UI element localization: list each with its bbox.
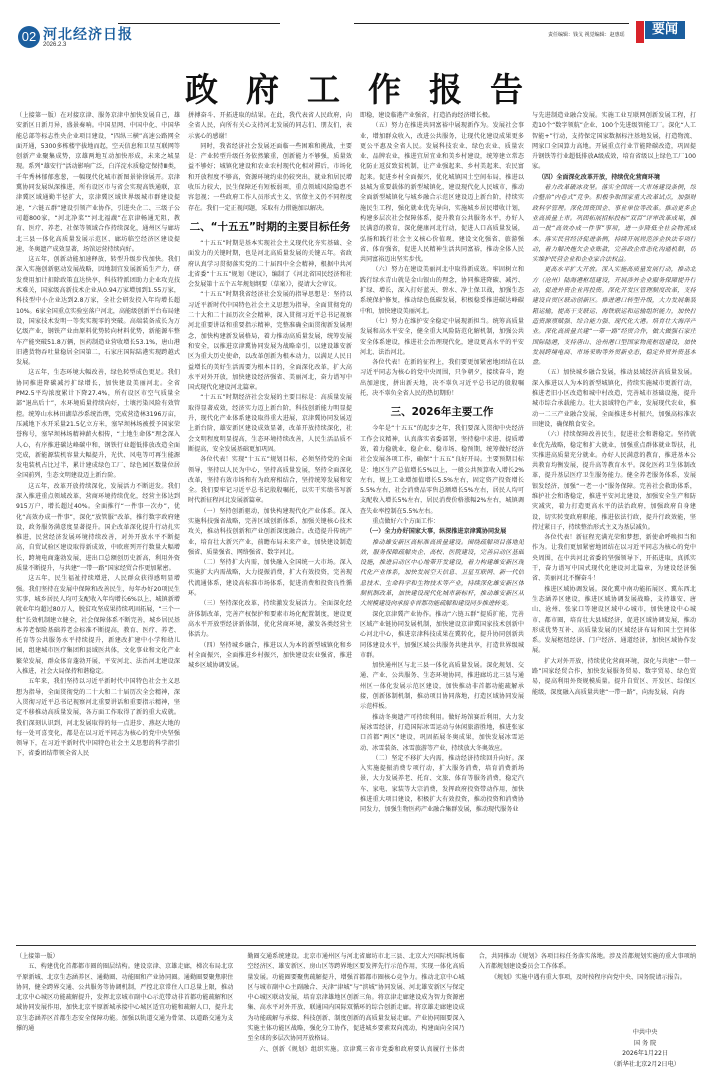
paragraph: 这五年，创新动能加速释放，转型升级步伐加快。我们深入实施创新驱动发展战略，因地制… xyxy=(16,255,180,368)
paragraph: 这五年，生态环境大幅改善，绿色转型成色更足。我们协同推进降碳减污扩绿增长，加快建… xyxy=(16,368,180,481)
page-number-badge: 02 xyxy=(18,26,40,48)
paragraph: （一）坚持创新驱动，加快构建现代化产业体系。深入实施科技强省战略，完善区域创新体… xyxy=(188,507,352,558)
signature-block: 中共中央 国 务 院 2026年1月22日 （新华社北京2月2日电） xyxy=(610,1028,680,1070)
paragraph: （六）持续保障改善民生，促进社会和谐稳定。坚持就业优先战略，稳定和扩大就业，加强… xyxy=(532,430,696,533)
paragraph: （二）坚定不移扩大内需，推动经济持续回升向好。深入实施提振消费专项行动，扩大服务… xyxy=(360,754,524,816)
paragraph: 五年来，我们坚持以习近平新时代中国特色社会主义思想为指导，全面贯彻党的二十大和二… xyxy=(16,677,180,759)
paragraph: （四）坚持城乡融合，推进以人为本的新型城镇化和乡村全面振兴，全面推进乡村振兴，加… xyxy=(188,641,352,672)
newspaper-logo: 河北经济日报 xyxy=(43,24,133,44)
section-heading: 三、2026年主要工作 xyxy=(360,405,524,420)
column-4: 与先进制造业融合发展。实施工业互联网创新发展工程，打造10个“数字领航”企业、1… xyxy=(532,111,696,939)
section-divider xyxy=(16,945,696,946)
signatory-2: 国 务 院 xyxy=(610,1039,680,1050)
paragraph: （五）加快城乡融合发展，推动县域经济高质量发展。深入推进以人为本的新型城镇化，持… xyxy=(532,368,696,430)
paragraph: （五）努力在推进共同富裕中展现新作为。发展社会事业，增加群众收入，改进公共服务，… xyxy=(360,121,524,265)
paragraph: （上接第一版） xyxy=(16,952,233,962)
paragraph: 推进区域协调发展。深化冀中南功能拓展区、冀东西北生态涵养区建设，推进区域协调发展… xyxy=(532,585,696,657)
editors-credit: 责任编辑：钱戈 视觉编辑：赵惠瑶 xyxy=(548,31,625,38)
continuation-column-left: （上接第一版）五、构建优化首都都市圈的圈层结构。建设京津、京雄走廊，梯次布局北京… xyxy=(16,952,233,1052)
paragraph: “十五五”时期是基本实现社会主义现代化夯实基础、全面发力的关键时期，也是河北高质… xyxy=(188,239,352,290)
paragraph: 勤圈交通系统建设。北京市通州区与河北省廊坊市北三县、北京大兴国际机场临空经济区、… xyxy=(247,952,464,1045)
paragraph: 重点做好六个方面工作： xyxy=(360,517,524,527)
paragraph: 着力改革破冰攻坚。落实全国统一大市场建设条例，综合整治“内卷式”竞争。积极争取国… xyxy=(532,183,696,265)
masthead-rule-right xyxy=(354,23,629,24)
paragraph: 《规划》实施中遇有重大事项，及时按程序向党中央、国务院请示报告。 xyxy=(479,973,696,983)
sub-heading: （四）全面深化改革开放，持续优化营商环境 xyxy=(532,173,696,183)
paragraph: 这五年，改革开放持续深化，发展活力不断迸发。我们深入推进重点领域改革，营商环境持… xyxy=(16,482,180,575)
issue-date: 2026.2.3 xyxy=(43,42,66,48)
paragraph: 各位代表！新征程充满光荣和梦想，新使命呼唤担当和作为。让我们更加紧密地团结在以习… xyxy=(532,533,696,584)
paragraph: （上接第一版）在对接京津、服务京津中加快发展自己，雄安新区日新月异，盛景奏响。中… xyxy=(16,111,180,255)
paragraph: 加快通州区与北三县一体化高质量发展。深化规划、交通、产业、公共服务、生态环境协同… xyxy=(360,661,524,712)
signature-date: 2026年1月22日 xyxy=(610,1049,680,1060)
article-body-four-column: （上接第一版）在对接京津、服务京津中加快发展自己，雄安新区日新月异，盛景奏响。中… xyxy=(16,111,696,939)
bookmark-flag-icon xyxy=(636,21,644,43)
paragraph: 更高水平扩大开放。深入实施高质量发展行动，推动北方（沧州）陆海港枢纽建设，开展涉… xyxy=(532,265,696,368)
section-heading: 二、“十五五”时期的主要目标任务 xyxy=(188,220,352,235)
paragraph: 今年是“十五五”的起步之年，我们要深入贯彻中央经济工作会议精神，认真落实省委部署… xyxy=(360,424,524,517)
column-3: 即稳，建设临港产业强省，打造沿海经济增长极。（五）努力在推进共同富裕中展现新作为… xyxy=(360,111,524,939)
signatory-1: 中共中央 xyxy=(610,1028,680,1039)
paragraph: （七）努力在维护安全稳定中展现新担当。统筹高质量发展和高水平安全，健全重大风险防… xyxy=(360,317,524,358)
paragraph: 合，共同推动《规划》各项目标任务落实落地。涉及首都规划实施的重大事项纳入首都规划… xyxy=(479,952,696,973)
continuation-section: （上接第一版）五、构建优化首都都市圈的圈层结构。建设京津、京雄走廊，梯次布局北京… xyxy=(16,952,696,1052)
paragraph: 各位代表！实现“十五五”规划目标，必须坚持党的全面领导，坚持以人民为中心，坚持高… xyxy=(188,455,352,506)
paragraph: 深化京津冀产业协作。推动“六链五群”提质扩能，完善区域产业链协同发展机制，加快建… xyxy=(360,610,524,661)
paragraph: （二）坚持扩大内需，加快融入全国统一大市场。深入实施扩大内需战略，大力提振消费，… xyxy=(188,558,352,599)
section-tag: 要闻 xyxy=(645,21,685,39)
continuation-column-middle: 勤圈交通系统建设。北京市通州区与河北省廊坊市北三县、北京大兴国际机场临空经济区、… xyxy=(247,952,464,1052)
paragraph: 拼搏奋斗、开拓进取的结果。在此，我代表省人民政府，向全省人民，向所有关心支持河北… xyxy=(188,111,352,142)
masthead-rule-left xyxy=(118,23,280,24)
paragraph: 扩大对外开放，持续优化营商环境，深化与共建“一带一路”国家经贸合作，加快发展服务… xyxy=(532,657,696,698)
paragraph: “十五五”时期我省经济社会发展的指导思想是：坚持以习近平新时代中国特色社会主义思… xyxy=(188,290,352,393)
paragraph: 各位代表！在新的征程上，我们要更加紧密地团结在以习近平同志为核心的党中央周围，只… xyxy=(360,358,524,399)
paragraph: （三）坚持深化改革，持续激发发展活力。全面深化经济体制改革，完善产权保护和要素市… xyxy=(188,599,352,640)
column-1: （上接第一版）在对接京津、服务京津中加快发展自己，雄安新区日新月异，盛景奏响。中… xyxy=(16,111,180,939)
column-2: 拼搏奋斗、开拓进取的结果。在此，我代表省人民政府，向全省人民，向所有关心支持河北… xyxy=(188,111,352,939)
paragraph: 这五年，民生福祉持续增进，人民群众获得感明显增强。我们坚持在发展中保障和改善民生… xyxy=(16,574,180,677)
paragraph: 同时，我省经济社会发展还面临一些困难和挑战，主要是：产业转型升级任务依然繁重，创… xyxy=(188,142,352,214)
news-source: （新华社北京2月2日电） xyxy=(610,1060,680,1071)
paragraph: 六、创新《规划》组织实施。京津冀三省市党委和政府要认真履行主体责任，北京市要发挥… xyxy=(247,1045,464,1052)
paragraph: 五、构建优化首都都市圈的圈层结构。建设京津、京雄走廊，梯次布局北京平原新城、北京… xyxy=(16,962,233,1034)
paragraph: “十五五”时期经济社会发展的主要目标是：高质量发展取得显著成效，经济实力迈上新台… xyxy=(188,393,352,455)
paragraph: 推动冬奥遗产可持续利用。做好场馆赛后利用，大力发展冰雪经济，打造国际冰雪运动与休… xyxy=(360,713,524,754)
paragraph: 推动雄安新区高标准高质量建设。围绕疏解项目落地见效，服务保障疏解央企、高校、医院… xyxy=(360,538,524,610)
sub-heading: （一）全力办好国家大事，纵深推进京津冀协同发展 xyxy=(360,527,524,537)
paragraph: 与先进制造业融合发展。实施工业互联网创新发展工程，打造10个“数字领航”企业、1… xyxy=(532,111,696,173)
paragraph: 即稳，建设临港产业强省，打造沿海经济增长极。 xyxy=(360,111,524,121)
article-title: 政府工作报告 xyxy=(0,64,708,111)
paragraph: （六）努力在建设美丽河北中取得新成效。牢固树立和践行绿水青山就是金山银山的理念，… xyxy=(360,265,524,316)
masthead: 02 河北经济日报 2026.2.3 责任编辑：钱戈 视觉编辑：赵惠瑶 要闻 xyxy=(0,0,708,48)
